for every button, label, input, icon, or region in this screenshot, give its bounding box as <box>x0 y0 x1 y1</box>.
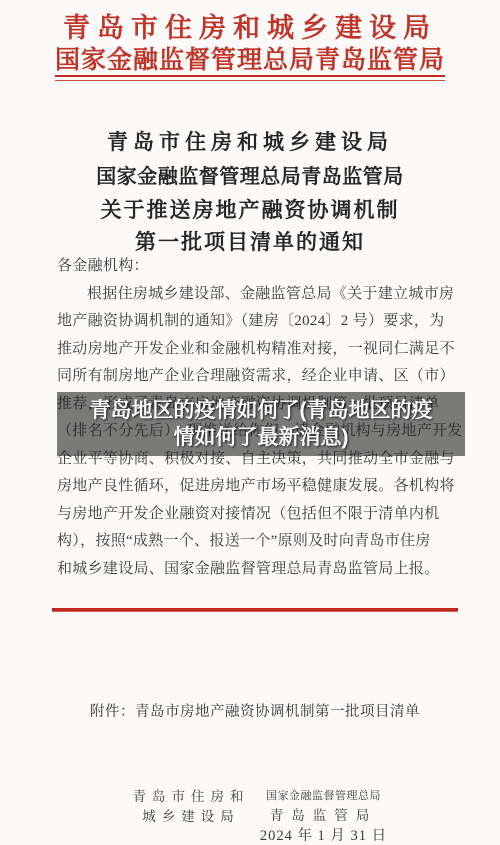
letterhead-agency-2: 国家金融监督管理总局青岛监管局 <box>0 40 500 76</box>
page: { "colors": { "header_red": "#c13529", "… <box>0 0 500 845</box>
doc-salutation: 各金融机构： <box>57 253 457 281</box>
doc-body-line: 和城乡建设局、国家金融监督管理总局青岛监管局上报。 <box>57 556 457 584</box>
doc-date: 2024 年 1 月 31 日 <box>256 826 391 845</box>
signature-left-line-1: 青岛市住房和 <box>126 787 256 807</box>
doc-title-line-3: 关于推送房地产融资协调机制 <box>0 194 500 224</box>
doc-body-line: 同所有制房地产企业合理融资需求，经企业申请、区（市） <box>57 363 457 391</box>
doc-red-rule <box>52 608 458 612</box>
signature-left-line-2: 城乡建设局 <box>126 807 256 827</box>
doc-body-line: 根据住房城乡建设部、金融监管总局《关于建立城市房 <box>57 281 457 309</box>
doc-title-line-1: 青岛市住房和城乡建设局 <box>0 126 500 156</box>
doc-attachment-line: 附件：青岛市房地产融资协调机制第一批项目清单 <box>90 700 420 721</box>
signature-right-line-1: 国家金融监督管理总局 <box>256 787 391 806</box>
caption-overlay-line-2: 情如何了最新消息) <box>57 424 465 451</box>
signature-right-agency: 国家金融监督管理总局 青岛监管局 2024 年 1 月 31 日 <box>256 787 391 845</box>
signature-left-agency: 青岛市住房和 城乡建设局 <box>126 787 256 827</box>
doc-body-line: 推动房地产开发企业和金融机构精准对接，一视同仁满足不 <box>57 336 457 364</box>
caption-overlay-banner[interactable]: 青岛地区的疫情如何了(青岛地区的疫 情如何了最新消息) <box>57 392 465 456</box>
doc-title-line-4: 第一批项目清单的通知 <box>0 226 500 256</box>
doc-title-line-2: 国家金融监督管理总局青岛监管局 <box>0 160 500 189</box>
doc-body-line: 地产融资协调机制的通知》（建房〔2024〕2 号）要求，为 <box>57 308 457 336</box>
doc-body-line: 与房地产开发企业融资对接情况（包括但不限于清单内机 <box>57 501 457 529</box>
doc-body-line: 房地产良性循环，促进房地产市场平稳健康发展。各机构将 <box>57 473 457 501</box>
doc-body-line: 构），按照“成熟一个、报送一个”原则及时向青岛市住房 <box>57 528 457 556</box>
letterhead-double-rule <box>55 75 445 81</box>
signature-right-line-2: 青岛监管局 <box>256 806 391 826</box>
caption-overlay-line-1: 青岛地区的疫情如何了(青岛地区的疫 <box>57 397 465 424</box>
